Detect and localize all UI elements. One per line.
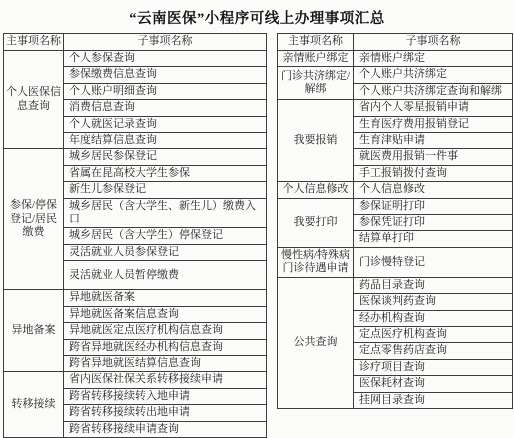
- sub-item-cell: 省内医保社保关系转移接续申请: [64, 372, 267, 388]
- sub-item-cell: 跨省异地就医结算信息查询: [64, 355, 267, 371]
- table-row: 门诊共济绑定/解绑个人账户共济绑定: [278, 67, 513, 83]
- sub-item-cell: 医保耗材查询: [354, 376, 513, 392]
- sub-item-cell: 经办机构查询: [354, 310, 513, 326]
- sub-item-cell: 参保缴费信息查询: [64, 67, 267, 83]
- sub-item-cell: 定点医疗机构查询: [354, 326, 513, 342]
- group-name-cell: 我要报销: [278, 100, 354, 182]
- table-row: 我要打印参保证明打印: [278, 198, 513, 214]
- sub-item-cell: 结算单打印: [354, 231, 513, 247]
- sub-item-cell: 个人信息修改: [354, 182, 513, 198]
- sub-item-cell: 消费信息查询: [64, 100, 267, 116]
- sub-item-cell: 参保证明打印: [354, 198, 513, 214]
- sub-item-cell: 药品目录查询: [354, 277, 513, 293]
- table-row: 亲情账户绑定亲情账户绑定: [278, 51, 513, 67]
- sub-item-cell: 就医费用报销一件事: [354, 149, 513, 165]
- sub-item-cell: 跨省转移接续申请查询: [64, 421, 267, 437]
- table-row: 慢性病/特殊病门诊待遇申请门诊慢特登记: [278, 247, 513, 277]
- table-row: 个人医保信息查询个人参保查询: [4, 51, 267, 67]
- sub-item-cell: 参保凭证打印: [354, 215, 513, 231]
- group-name-cell: 亲情账户绑定: [278, 51, 354, 67]
- sub-item-cell: 灵活就业人员暂停缴费: [64, 261, 267, 290]
- sub-item-cell: 个人账户明细查询: [64, 83, 267, 99]
- sub-item-cell: 跨省异地就医经办机构信息查询: [64, 339, 267, 355]
- group-name-cell: 参保/停保登记/居民缴费: [4, 149, 64, 290]
- sub-item-cell: 定点零售药店查询: [354, 343, 513, 359]
- table-row: 异地备案异地就医备案: [4, 290, 267, 306]
- table-row: 转移接续省内医保社保关系转移接续申请: [4, 372, 267, 388]
- table-body: 主事项名称子事项名称个人医保信息查询个人参保查询参保缴费信息查询个人账户明细查询…: [4, 34, 267, 438]
- sub-item-cell: 跨省转移接续转出地申请: [64, 405, 267, 421]
- left-services-table: 主事项名称子事项名称个人医保信息查询个人参保查询参保缴费信息查询个人账户明细查询…: [3, 33, 267, 438]
- header-row: 主事项名称子事项名称: [4, 34, 267, 51]
- sub-item-cell: 异地就医备案信息查询: [64, 306, 267, 322]
- table-row: 参保/停保登记/居民缴费城乡居民参保登记: [4, 149, 267, 165]
- sub-item-cell: 个人参保查询: [64, 51, 267, 67]
- page-title: “云南医保”小程序可线上办理事项汇总: [0, 7, 514, 28]
- sub-item-cell: 异地就医备案: [64, 290, 267, 306]
- sub-item-cell: 城乡居民（含大学生、新生儿）缴费入口: [64, 198, 267, 228]
- right-services-table: 主事项名称子事项名称亲情账户绑定亲情账户绑定门诊共济绑定/解绑个人账户共济绑定个…: [277, 33, 513, 409]
- sub-item-cell: 城乡居民参保登记: [64, 149, 267, 165]
- group-name-cell: 门诊共济绑定/解绑: [278, 67, 354, 100]
- sub-item-cell: 城乡居民（含大学生）停保登记: [64, 228, 267, 244]
- column-header-main: 主事项名称: [4, 34, 64, 51]
- sub-item-cell: 年度结算信息查询: [64, 133, 267, 149]
- sub-item-cell: 亲情账户绑定: [354, 51, 513, 67]
- header-row: 主事项名称子事项名称: [278, 34, 513, 51]
- column-header-main: 主事项名称: [278, 34, 354, 51]
- column-header-sub: 子事项名称: [354, 34, 513, 51]
- group-name-cell: 个人医保信息查询: [4, 51, 64, 149]
- table-row: 公共查询药品目录查询: [278, 277, 513, 293]
- sub-item-cell: 省属在昆高校大学生参保: [64, 165, 267, 181]
- group-name-cell: 慢性病/特殊病门诊待遇申请: [278, 247, 354, 277]
- sub-item-cell: 生育津贴申请: [354, 133, 513, 149]
- group-name-cell: 异地备案: [4, 290, 64, 372]
- sub-item-cell: 门诊慢特登记: [354, 247, 513, 277]
- group-name-cell: 转移接续: [4, 372, 64, 438]
- sub-item-cell: 灵活就业人员参保登记: [64, 244, 267, 260]
- sub-item-cell: 跨省转移接续转入地申请: [64, 388, 267, 404]
- table-body: 主事项名称子事项名称亲情账户绑定亲情账户绑定门诊共济绑定/解绑个人账户共济绑定个…: [278, 34, 513, 409]
- group-name-cell: 公共查询: [278, 277, 354, 408]
- sub-item-cell: 异地就医定点医疗机构信息查询: [64, 323, 267, 339]
- group-name-cell: 个人信息修改: [278, 182, 354, 198]
- sub-item-cell: 医保谈判药查询: [354, 294, 513, 310]
- sub-item-cell: 个人就医记录查询: [64, 116, 267, 132]
- sub-item-cell: 个人账户共济绑定: [354, 67, 513, 83]
- sub-item-cell: 生育医疗费用报销登记: [354, 116, 513, 132]
- sub-item-cell: 个人账户共济绑定查询和解绑: [354, 83, 513, 99]
- sub-item-cell: 手工报销拨付查询: [354, 165, 513, 181]
- sub-item-cell: 省内个人零星报销申请: [354, 100, 513, 116]
- group-name-cell: 我要打印: [278, 198, 354, 247]
- sub-item-cell: 诊疗项目查询: [354, 359, 513, 375]
- table-row: 个人信息修改个人信息修改: [278, 182, 513, 198]
- column-header-sub: 子事项名称: [64, 34, 267, 51]
- sub-item-cell: 挂网目录查询: [354, 392, 513, 408]
- sub-item-cell: 新生儿参保登记: [64, 182, 267, 198]
- table-row: 我要报销省内个人零星报销申请: [278, 100, 513, 116]
